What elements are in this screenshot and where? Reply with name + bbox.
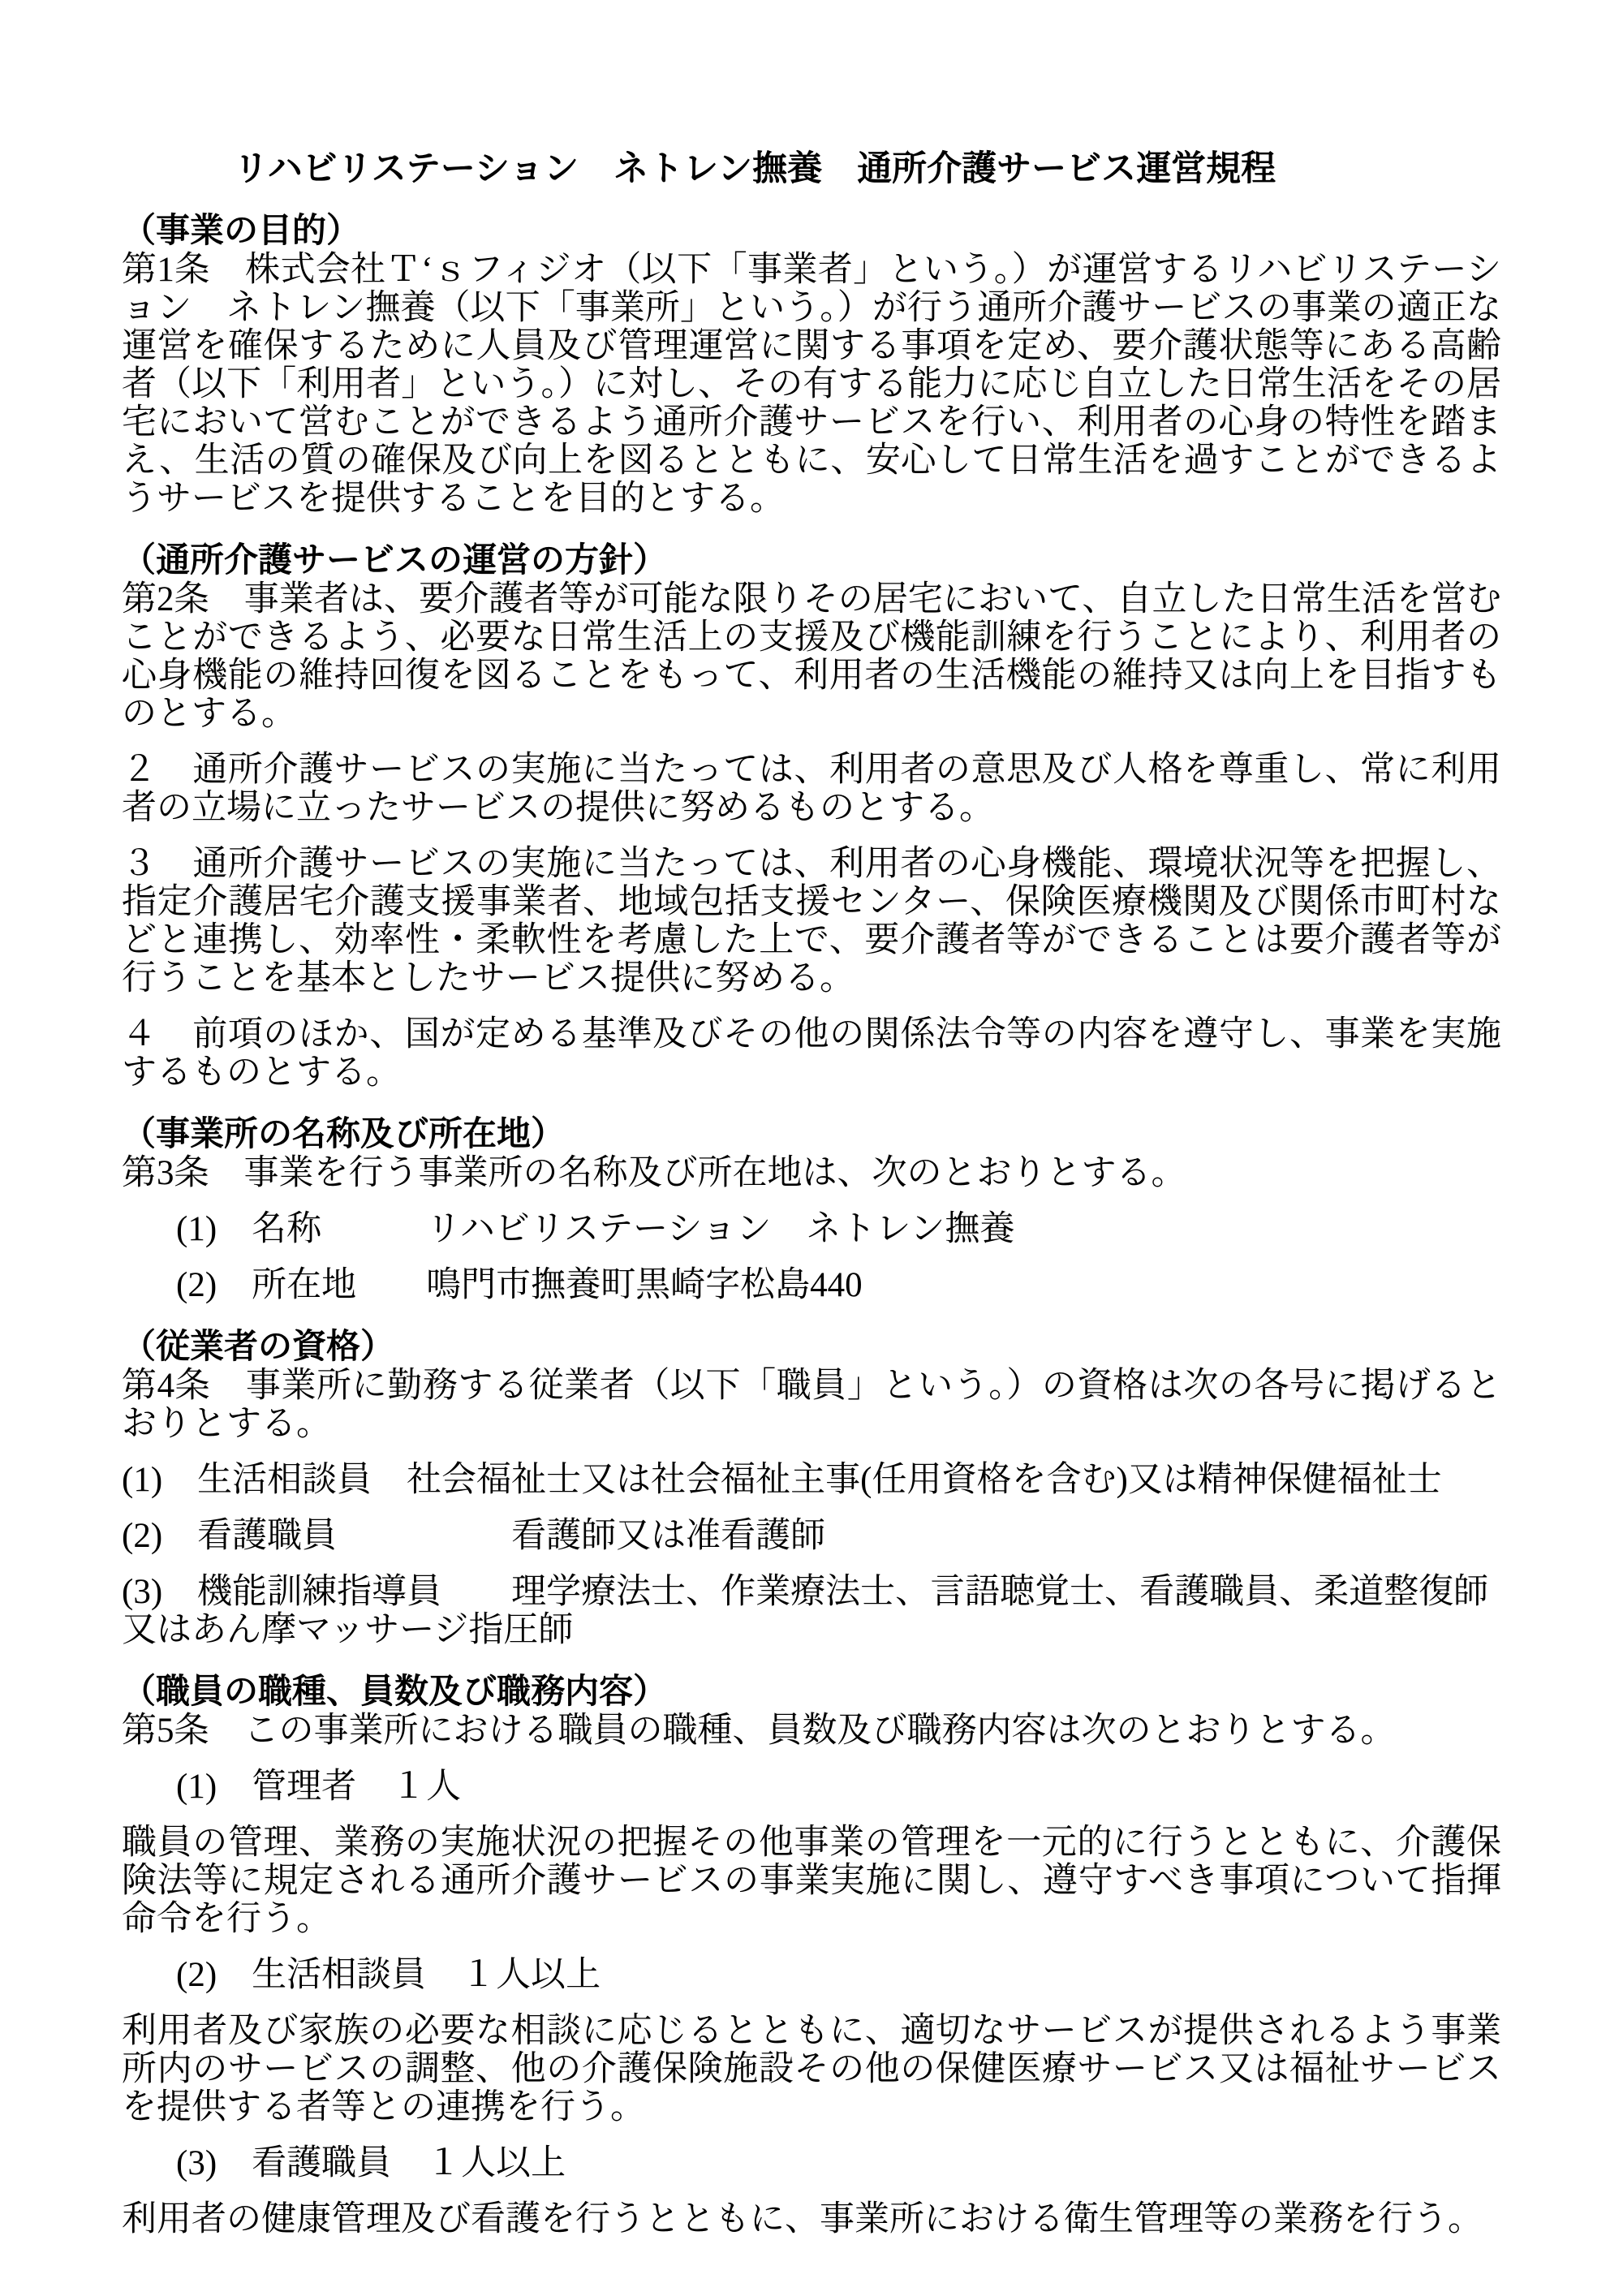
list-item-nurse: (3) 看護職員 １人以上: [122, 2144, 1501, 2182]
article-3-paragraph: 第3条 事業を行う事業所の名称及び所在地は、次のとおりとする。: [122, 1154, 1501, 1192]
list-item-function-trainer-qualification: (3) 機能訓練指導員 理学療法士、作業療法士、言語聴覚士、看護職員、柔道整復師…: [122, 1573, 1501, 1649]
list-item-life-counselor: (2) 生活相談員 １人以上: [122, 1956, 1501, 1994]
article-1-paragraph: 第1条 株式会社Ｔ‘ｓフィジオ（以下「事業者」という。）が運営するリハビリステー…: [122, 251, 1501, 518]
section-heading-policy: （通所介護サービスの運営の方針）: [122, 541, 1501, 579]
article-4-paragraph: 第4条 事業所に勤務する従業者（以下「職員」という。）の資格は次の各号に掲げると…: [122, 1367, 1501, 1443]
nurse-duties-paragraph: 利用者の健康管理及び看護を行うとともに、事業所における衛生管理等の業務を行う。: [122, 2200, 1501, 2238]
list-item-location: (2) 所在地 鳴門市撫養町黒崎字松島440: [122, 1266, 1501, 1304]
article-2-paragraph-2: ２ 通所介護サービスの実施に当たっては、利用者の意思及び人格を尊重し、常に利用者…: [122, 751, 1501, 827]
document-title: リハビリステーション ネトレン撫養 通所介護サービス運営規程: [122, 150, 1501, 188]
article-5-paragraph: 第5条 この事業所における職員の職種、員数及び職務内容は次のとおりとする。: [122, 1712, 1501, 1750]
life-counselor-duties-paragraph: 利用者及び家族の必要な相談に応じるとともに、適切なサービスが提供されるよう事業所…: [122, 2012, 1501, 2126]
section-heading-staff-duties: （職員の職種、員数及び職務内容）: [122, 1672, 1501, 1710]
section-heading-purpose: （事業の目的）: [122, 211, 1501, 249]
manager-duties-paragraph: 職員の管理、業務の実施状況の把握その他事業の管理を一元的に行うとともに、介護保険…: [122, 1824, 1501, 1938]
document-page: リハビリステーション ネトレン撫養 通所介護サービス運営規程 （事業の目的） 第…: [0, 0, 1623, 2296]
list-item-life-counselor-qualification: (1) 生活相談員 社会福祉士又は社会福祉主事(任用資格を含む)又は精神保健福祉…: [122, 1461, 1501, 1499]
section-heading-qualifications: （従業者の資格）: [122, 1327, 1501, 1365]
list-item-name: (1) 名称 リハビリステーション ネトレン撫養: [122, 1210, 1501, 1248]
article-2-paragraph-3: ３ 通所介護サービスの実施に当たっては、利用者の心身機能、環境状況等を把握し、指…: [122, 845, 1501, 997]
list-item-nurse-qualification: (2) 看護職員 看護師又は准看護師: [122, 1517, 1501, 1555]
article-2-paragraph-1: 第2条 事業者は、要介護者等が可能な限りその居宅において、自立した日常生活を営む…: [122, 580, 1501, 733]
section-heading-name-location: （事業所の名称及び所在地）: [122, 1114, 1501, 1152]
list-item-manager: (1) 管理者 １人: [122, 1768, 1501, 1806]
article-2-paragraph-4: ４ 前項のほか、国が定める基準及びその他の関係法令等の内容を遵守し、事業を実施す…: [122, 1015, 1501, 1092]
